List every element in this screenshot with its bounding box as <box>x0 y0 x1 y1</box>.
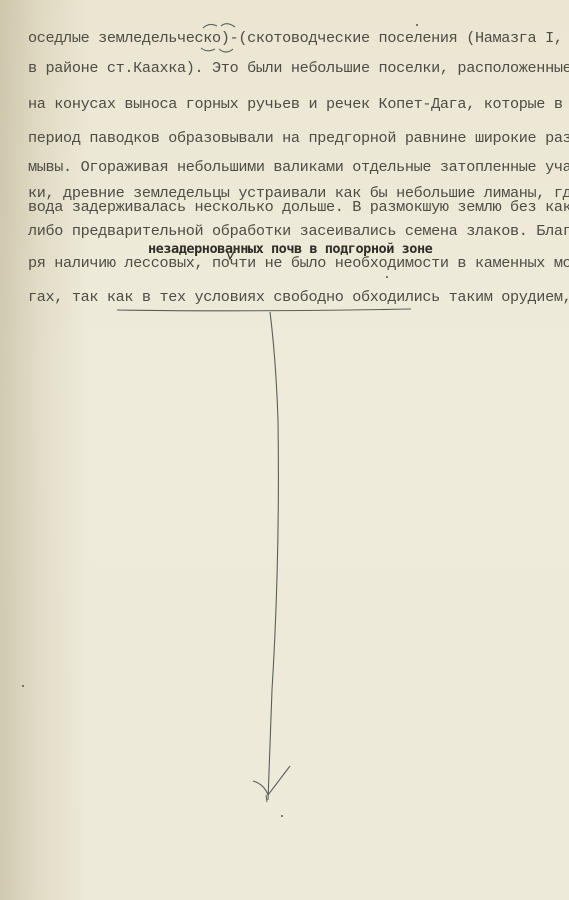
text-line: мывы. Огораживая небольшими валиками отд… <box>28 160 569 175</box>
handwritten-insertion: незадернованных почв в подгорной зоне <box>148 241 432 257</box>
text-line: на конусах выноса горных ручьев и речек … <box>28 97 563 112</box>
text-line: ря наличию лессовых, почти не было необх… <box>28 256 569 271</box>
text-line: гах, так как в тех условиях свободно обх… <box>28 290 569 305</box>
ink-speck <box>22 685 24 687</box>
text-line: в районе ст.Каахка). Это были небольшие … <box>28 61 569 76</box>
ink-speck <box>386 276 388 278</box>
text-line: вода задерживалась несколько дольше. В р… <box>28 200 569 215</box>
text-line: либо предварительной обработки засеивали… <box>28 224 569 239</box>
text-line: период паводков образовывали на предгорн… <box>28 131 569 146</box>
text-line: оседлые земледельческо)-(скотоводческие … <box>28 31 563 46</box>
ink-speck <box>416 24 418 26</box>
ink-speck <box>281 815 283 817</box>
typewritten-page: оседлые земледельческо)-(скотоводческие … <box>0 0 569 900</box>
